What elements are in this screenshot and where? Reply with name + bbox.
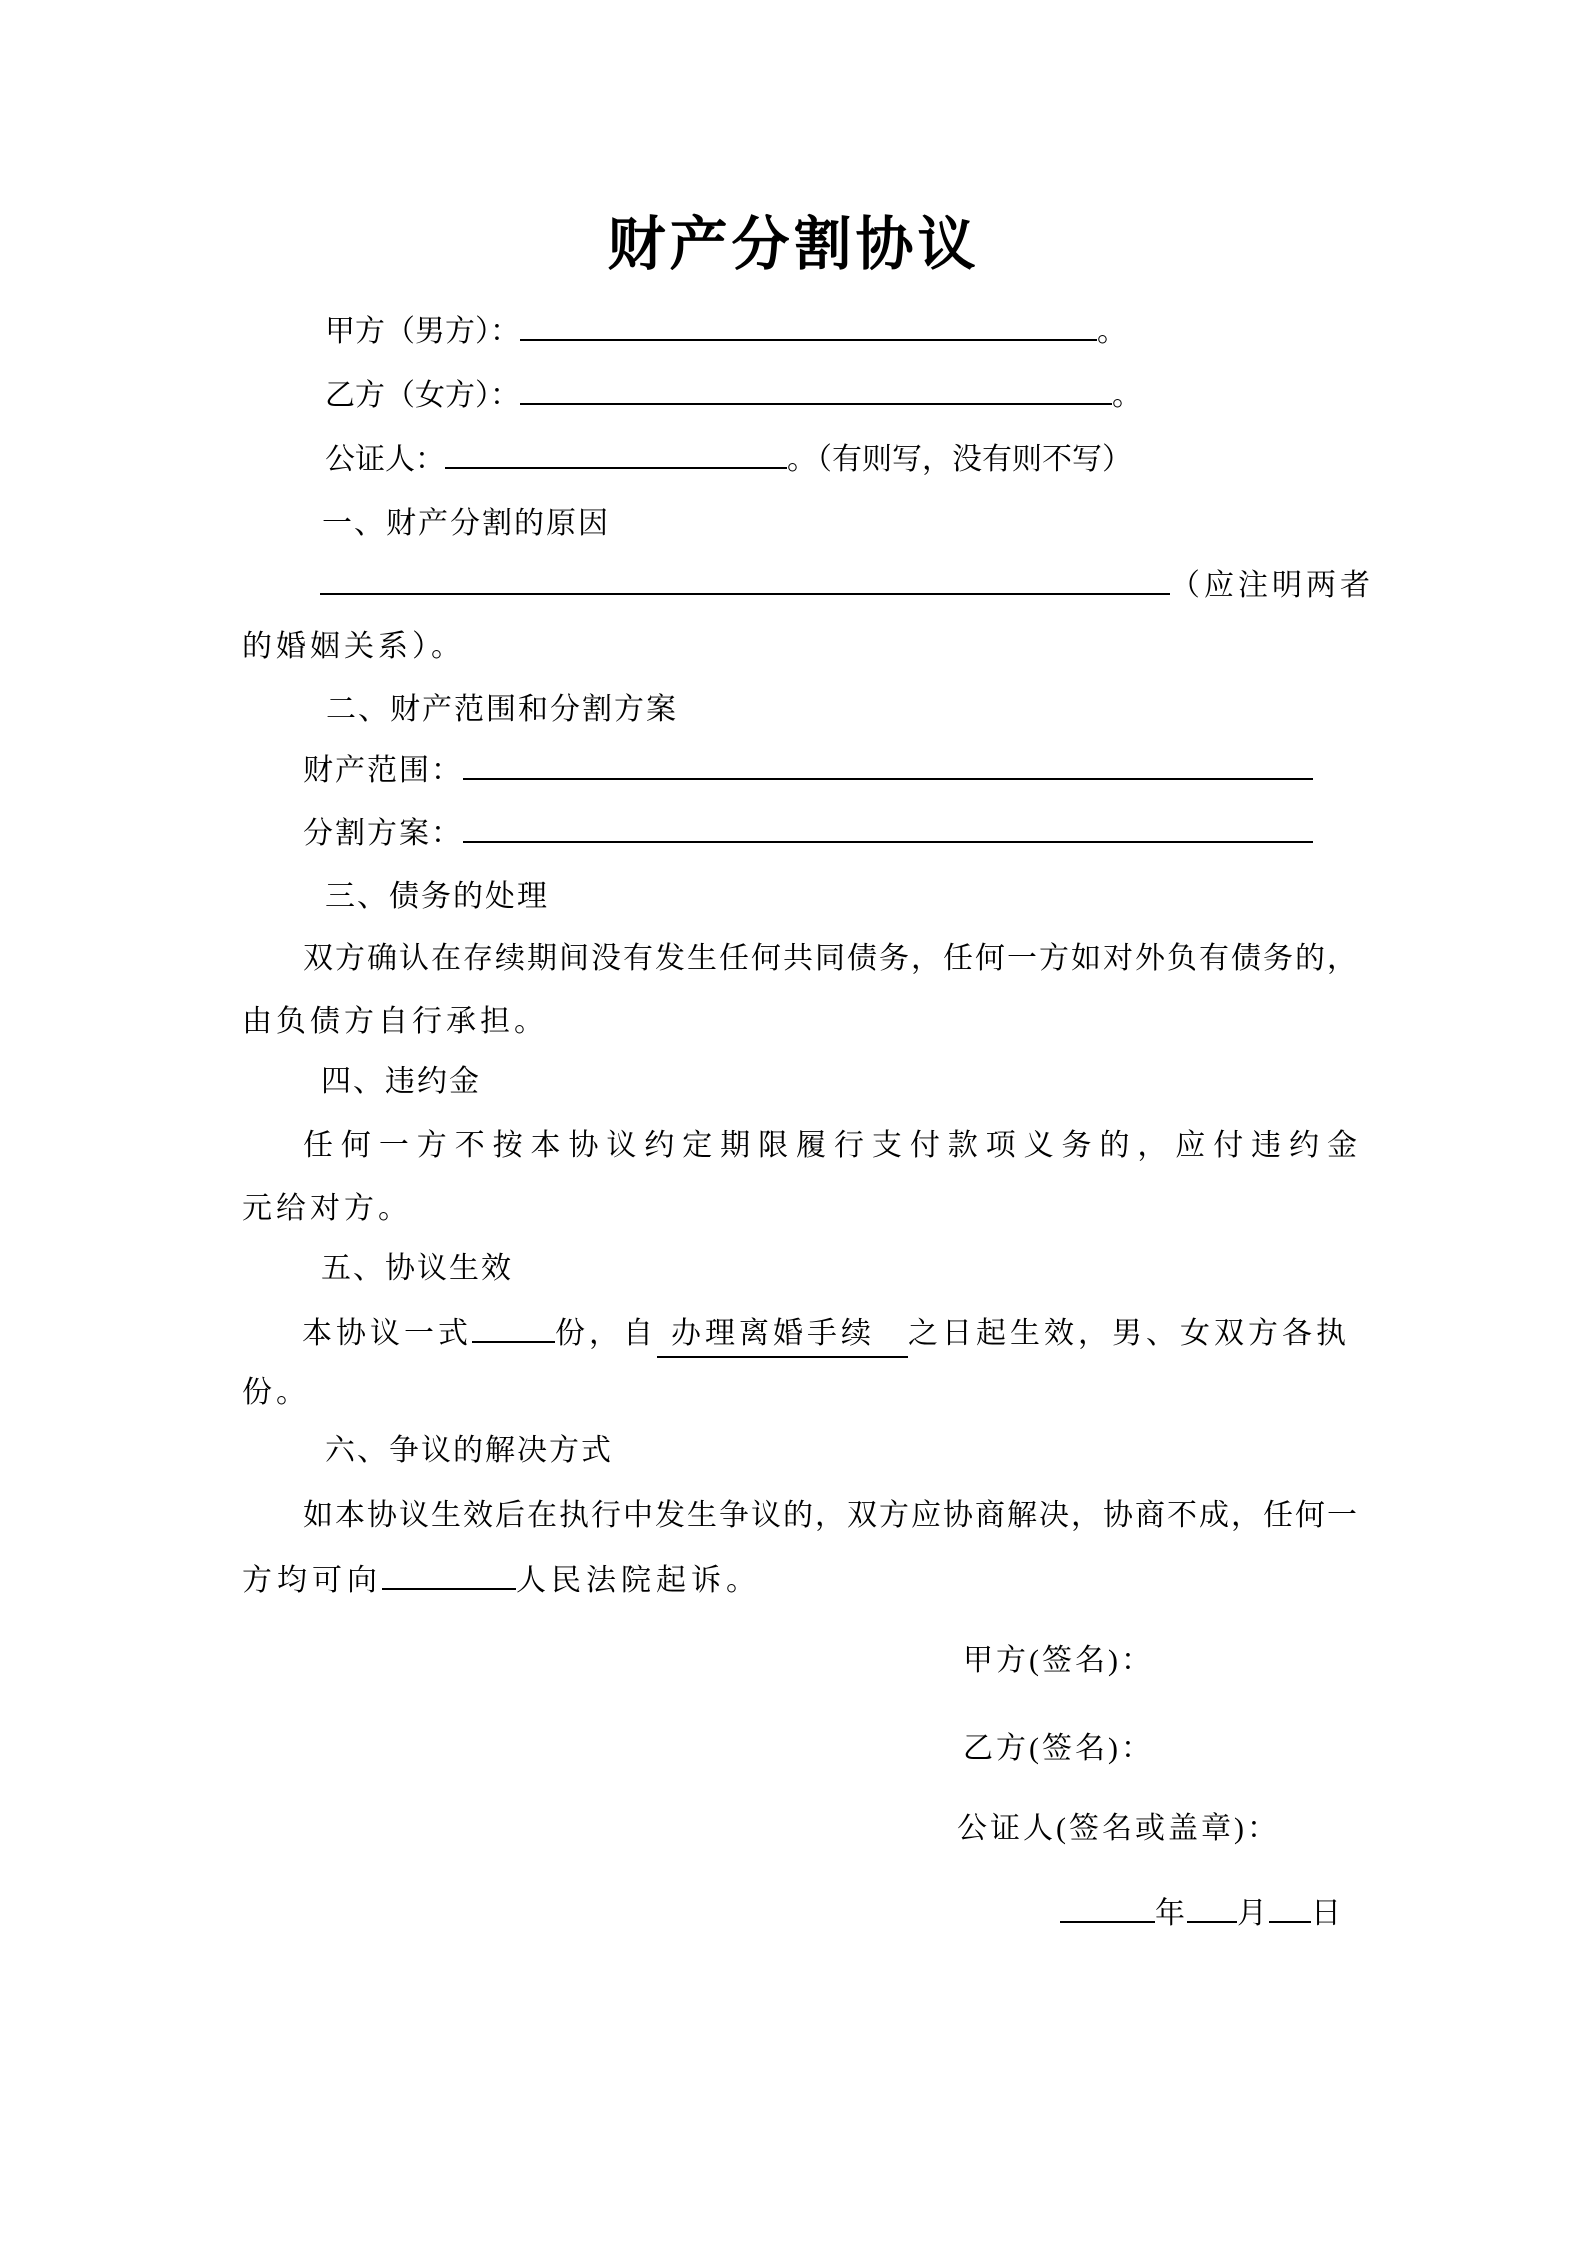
debt-paragraph-line-2-text: 由负债方自行承担。 (242, 1005, 548, 1038)
debt-paragraph-line-2: 由负债方自行承担。 (242, 1000, 548, 1044)
section-1-heading: 一、财产分割的原因 (322, 502, 610, 546)
penalty-paragraph-line-2-text: 元给对方。 (242, 1192, 412, 1225)
dispute-paragraph-line-1: 如本协议生效后在执行中发生争议的，双方应协商解决，协商不成，任何一 (303, 1494, 1357, 1538)
dispute-paragraph-line-1-text: 如本协议生效后在执行中发生争议的，双方应协商解决，协商不成，任何一 (303, 1499, 1357, 1532)
date-line-blank-underline (1269, 1921, 1311, 1923)
penalty-paragraph-line-1: 任何一方不按本协议约定期限履行支付款项义务的，应付违约金 (303, 1124, 1357, 1168)
property-scope-line-blank-underline (463, 778, 1313, 780)
reason-continuation-line: 的婚姻关系）。 (242, 625, 465, 669)
date-line-blank-underline (1187, 1921, 1237, 1923)
penalty-paragraph-line-2: 元给对方。 (242, 1187, 412, 1231)
notary-line-blank-underline (445, 467, 787, 469)
effective-paragraph-line-1-text: 份，自 (555, 1317, 657, 1350)
reason-blank-line-text: （应注明两者 (1170, 569, 1374, 602)
notary-line: 公证人：。（有则写，没有则不写） (325, 438, 1132, 482)
party-a-line-text: 。 (1097, 315, 1127, 348)
effective-paragraph-line-1-blank-underline (472, 1341, 555, 1343)
party-b-line-blank-underline (520, 403, 1112, 405)
debt-paragraph-line-1: 双方确认在存续期间没有发生任何共同债务，任何一方如对外负有债务的， (303, 937, 1357, 981)
debt-paragraph-line-1-text: 双方确认在存续期间没有发生任何共同债务，任何一方如对外负有债务的， (303, 942, 1357, 975)
date-line: 年月日 (1060, 1892, 1343, 1936)
section-2-heading: 二、财产范围和分割方案 (326, 688, 678, 732)
date-line-text: 日 (1311, 1897, 1343, 1930)
section-6-heading-text: 六、争议的解决方式 (325, 1434, 613, 1467)
effective-paragraph-line-1-text: 本协议一式 (302, 1317, 472, 1350)
party-a-line-blank-underline (520, 339, 1097, 341)
signature-party-b-line: 乙方(签名)： (963, 1727, 1154, 1771)
document-page: 财产分割协议 甲方（男方）：。乙方（女方）：。公证人：。（有则写，没有则不写）一… (0, 0, 1587, 2245)
party-b-line: 乙方（女方）：。 (325, 374, 1142, 418)
section-4-heading-text: 四、违约金 (321, 1065, 481, 1098)
party-a-line: 甲方（男方）：。 (325, 310, 1127, 354)
effective-paragraph-line-1-text: 之日起生效，男、女双方各执 (908, 1317, 1350, 1350)
section-6-heading: 六、争议的解决方式 (325, 1429, 613, 1473)
dispute-paragraph-line-2-text: 方均可向 (242, 1564, 382, 1597)
section-4-heading: 四、违约金 (321, 1060, 481, 1104)
date-line-blank-underline (1060, 1921, 1155, 1923)
signature-party-a-line-text: 甲方(签名)： (963, 1644, 1154, 1677)
property-scope-line-text: 财产范围： (303, 754, 463, 787)
party-b-line-text: 乙方（女方）： (325, 379, 520, 412)
signature-party-b-line-text: 乙方(签名)： (963, 1732, 1154, 1765)
document-title: 财产分割协议 (0, 210, 1587, 280)
property-scope-line: 财产范围： (303, 749, 1313, 793)
division-plan-line: 分割方案： (303, 812, 1313, 856)
section-2-heading-text: 二、财产范围和分割方案 (326, 693, 678, 726)
reason-continuation-line-text: 的婚姻关系）。 (242, 630, 465, 663)
effective-paragraph-line-1-underlined-text: 办理离婚手续 (657, 1312, 908, 1358)
penalty-paragraph-line-1-text: 任何一方不按本协议约定期限履行支付款项义务的，应付违约金 (303, 1129, 1357, 1162)
signature-notary-line: 公证人(签名或盖章)： (957, 1807, 1280, 1851)
dispute-paragraph-line-2: 方均可向人民法院起诉。 (242, 1559, 761, 1603)
division-plan-line-text: 分割方案： (303, 817, 463, 850)
division-plan-line-blank-underline (463, 841, 1313, 843)
section-3-heading-text: 三、债务的处理 (325, 880, 549, 913)
notary-line-text: 公证人： (325, 443, 445, 476)
effective-paragraph-line-2: 份。 (242, 1371, 310, 1415)
date-line-text: 年 (1155, 1897, 1187, 1930)
reason-blank-line: （应注明两者 (320, 564, 1374, 608)
dispute-paragraph-line-2-text: 人民法院起诉。 (516, 1564, 761, 1597)
signature-notary-line-text: 公证人(签名或盖章)： (957, 1812, 1280, 1845)
party-b-line-text: 。 (1112, 379, 1142, 412)
notary-line-text: 。（有则写，没有则不写） (787, 443, 1132, 476)
section-5-heading-text: 五、协议生效 (321, 1252, 513, 1285)
section-1-heading-text: 一、财产分割的原因 (322, 507, 610, 540)
reason-blank-line-blank-underline (320, 593, 1170, 595)
dispute-paragraph-line-2-blank-underline (382, 1588, 516, 1590)
signature-party-a-line: 甲方(签名)： (963, 1639, 1154, 1683)
effective-paragraph-line-1: 本协议一式份，自办理离婚手续之日起生效，男、女双方各执 (302, 1312, 1350, 1356)
section-3-heading: 三、债务的处理 (325, 875, 549, 919)
party-a-line-text: 甲方（男方）： (325, 315, 520, 348)
date-line-text: 月 (1237, 1897, 1269, 1930)
effective-paragraph-line-2-text: 份。 (242, 1376, 310, 1409)
section-5-heading: 五、协议生效 (321, 1247, 513, 1291)
